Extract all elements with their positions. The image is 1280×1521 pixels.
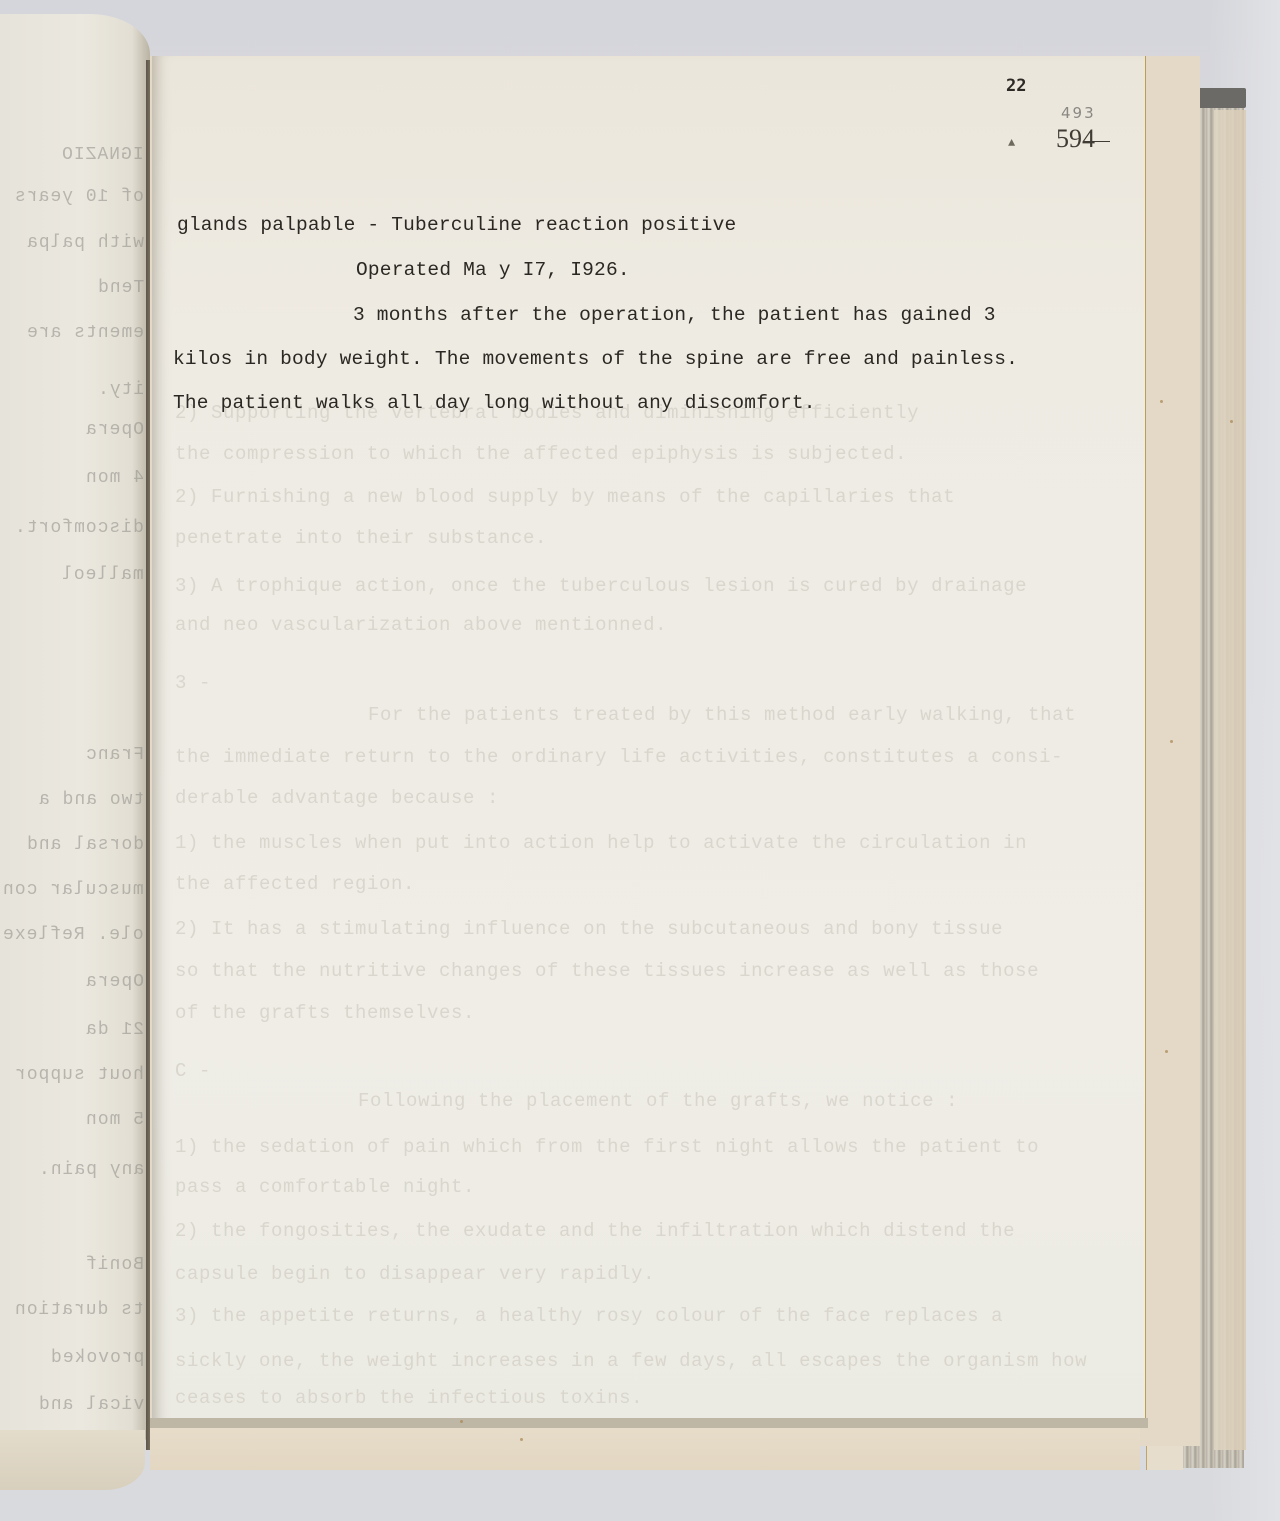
mirrored-line: discomfort. — [14, 518, 144, 538]
mirrored-line: Bonif — [85, 1255, 144, 1275]
bleed-line: 3) the appetite returns, a healthy rosy … — [175, 1305, 1003, 1327]
mirrored-line: IGNAZIO — [61, 145, 144, 165]
mirrored-line: Tend — [97, 278, 144, 298]
pencil-folio-number: 493 — [1061, 104, 1096, 122]
foxing-spot — [460, 1420, 463, 1423]
mirrored-line: hout suppor — [14, 1065, 144, 1085]
bleed-line: For the patients treated by this method … — [368, 704, 1076, 726]
bleed-line: pass a comfortable night. — [175, 1176, 475, 1198]
mirrored-line: any pain. — [38, 1160, 144, 1180]
bleed-line: 2) Furnishing a new blood supply by mean… — [175, 486, 955, 508]
body-line-1: glands palpable - Tuberculine reaction p… — [177, 214, 736, 236]
page-bottom-edge — [150, 1428, 1140, 1470]
foxing-spot — [1160, 400, 1163, 403]
mirrored-line: Opera — [85, 420, 144, 440]
foxing-spot — [520, 1438, 523, 1441]
mirrored-line: ements are — [26, 323, 144, 343]
body-line-2: Operated Ma y I7, I926. — [356, 259, 630, 281]
mirrored-line: vical and — [38, 1395, 144, 1415]
bleed-line: ceases to absorb the infectious toxins. — [175, 1387, 643, 1409]
foxing-spot — [1170, 740, 1173, 743]
mirrored-line: ts duration — [14, 1300, 144, 1320]
left-page-mirrored-text: IGNAZIO of 10 years with palpa Tend emen… — [0, 0, 150, 1440]
body-line-4: kilos in body weight. The movements of t… — [173, 348, 1018, 370]
page-number: 22 — [1006, 76, 1026, 96]
mirrored-line: of 10 years — [14, 187, 144, 207]
bleed-line: 3 - — [175, 672, 211, 694]
bleed-line: so that the nutritive changes of these t… — [175, 960, 1039, 982]
mirrored-line: 21 da — [85, 1020, 144, 1040]
foxing-spot — [1230, 420, 1233, 423]
bleed-line: 2) the fongosities, the exudate and the … — [175, 1220, 1015, 1242]
bleed-line: of the grafts themselves. — [175, 1002, 475, 1024]
bleed-line: the compression to which the affected ep… — [175, 443, 907, 465]
body-line-3: 3 months after the operation, the patien… — [353, 304, 996, 326]
bleed-line: 3) A trophique action, once the tubercul… — [175, 575, 1027, 597]
mirrored-line: ity. — [97, 380, 144, 400]
stamp-mark-icon: ▲ — [1008, 136, 1018, 150]
bleed-line: derable advantage because : — [175, 787, 499, 809]
bleed-line: penetrate into their substance. — [175, 527, 547, 549]
mirrored-line: with palpa — [26, 233, 144, 253]
mirrored-line: 4 mon — [85, 468, 144, 488]
bleed-line: capsule begin to disappear very rapidly. — [175, 1263, 655, 1285]
foxing-spot — [1165, 1050, 1168, 1053]
mirrored-line: Franc — [85, 745, 144, 765]
bleed-line: 1) the sedation of pain which from the f… — [175, 1136, 1039, 1158]
bleed-line: sickly one, the weight increases in a fe… — [175, 1350, 1087, 1372]
bleed-line: the immediate return to the ordinary lif… — [175, 746, 1063, 768]
mirrored-line: two and a — [38, 790, 144, 810]
bleed-line: Following the placement of the grafts, w… — [358, 1090, 958, 1112]
curled-leaf-edge — [1214, 110, 1246, 1450]
mirrored-line: provoked — [50, 1348, 144, 1368]
stamped-folio-number: 594 — [1056, 124, 1095, 154]
mirrored-line: 5 mon — [85, 1110, 144, 1130]
mirrored-line: ole. Reflexe — [2, 925, 144, 945]
body-line-5: The patient walks all day long without a… — [173, 392, 816, 414]
mirrored-line: dorsal and — [26, 835, 144, 855]
bleed-line: 2) It has a stimulating influence on the… — [175, 918, 1003, 940]
bleed-line: the affected region. — [175, 873, 415, 895]
bleed-line: 1) the muscles when put into action help… — [175, 832, 1027, 854]
page-bottom-shadow — [150, 1418, 1148, 1428]
mirrored-line: Opera — [85, 972, 144, 992]
bleed-line: and neo vascularization above mentionned… — [175, 614, 667, 636]
bleed-line: C - — [175, 1060, 211, 1082]
mirrored-line: malleol — [61, 565, 144, 585]
mirrored-line: muscular con — [2, 880, 144, 900]
